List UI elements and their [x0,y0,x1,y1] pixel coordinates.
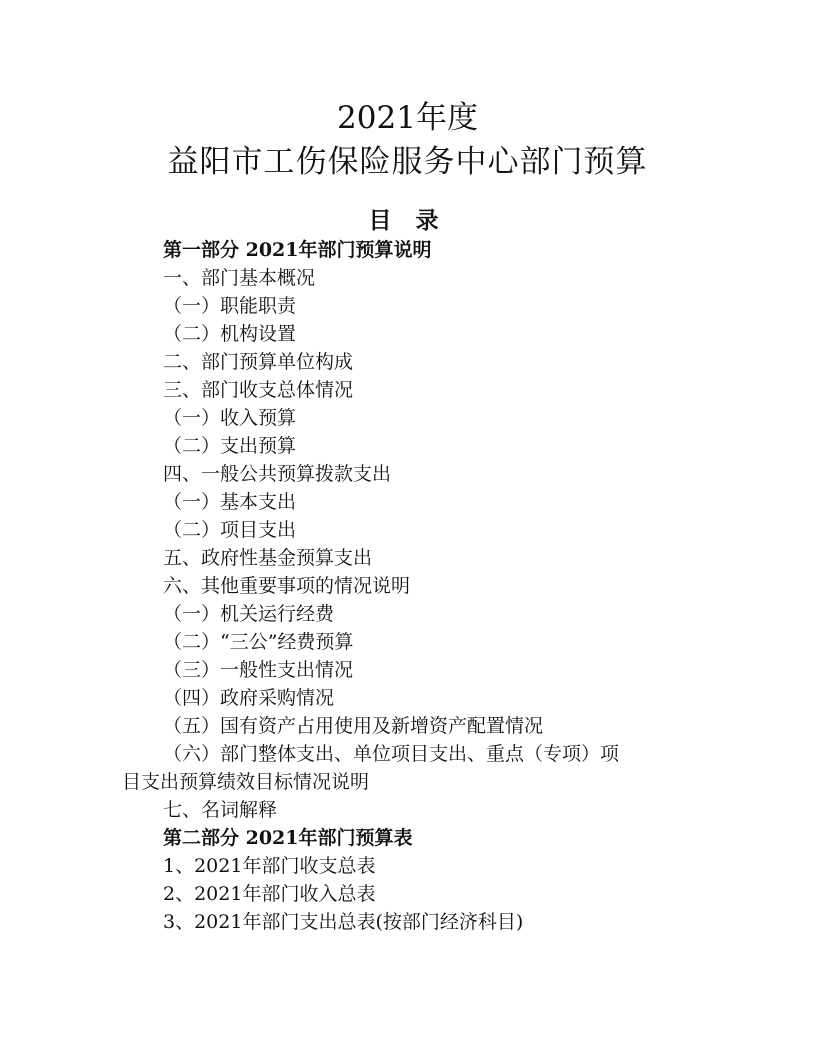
toc-item: 一、部门基本概况 [163,266,315,290]
toc-item: 3、2021年部门支出总表(按部门经济科目) [163,910,523,934]
title-main: 益阳市工伤保险服务中心部门预算 [0,140,815,184]
toc-item-continued: 目支出预算绩效目标情况说明 [122,770,369,794]
toc-item: 三、部门收支总体情况 [163,378,353,402]
toc-item: 二、部门预算单位构成 [163,350,353,374]
toc-item: （二）机构设置 [163,322,296,346]
toc-heading: 目 录 [0,205,815,237]
toc-item: 六、其他重要事项的情况说明 [163,574,410,598]
toc-item: （一）基本支出 [163,490,296,514]
toc-item: （一）机关运行经费 [163,602,334,626]
toc-item: （二）“三公”经费预算 [163,630,353,654]
toc-item: （二）支出预算 [163,434,296,458]
toc-item: （五）国有资产占用使用及新增资产配置情况 [163,714,543,738]
toc-item: 四、一般公共预算拨款支出 [163,462,391,486]
toc-item: （六）部门整体支出、单位项目支出、重点（专项）项 [163,742,619,766]
toc-item: 1、2021年部门收支总表 [163,854,375,878]
toc-part-1: 第一部分 2021年部门预算说明 [163,238,432,262]
toc-item: （二）项目支出 [163,518,296,542]
title-year: 2021年度 [0,98,815,138]
toc-item: （三）一般性支出情况 [163,658,353,682]
toc-item: （一）收入预算 [163,406,296,430]
toc-part-2: 第二部分 2021年部门预算表 [163,826,413,850]
toc-item: 五、政府性基金预算支出 [163,546,372,570]
toc-item: 七、名词解释 [163,798,277,822]
toc-item: （一）职能职责 [163,294,296,318]
toc-item: （四）政府采购情况 [163,686,334,710]
toc-item: 2、2021年部门收入总表 [163,882,375,906]
